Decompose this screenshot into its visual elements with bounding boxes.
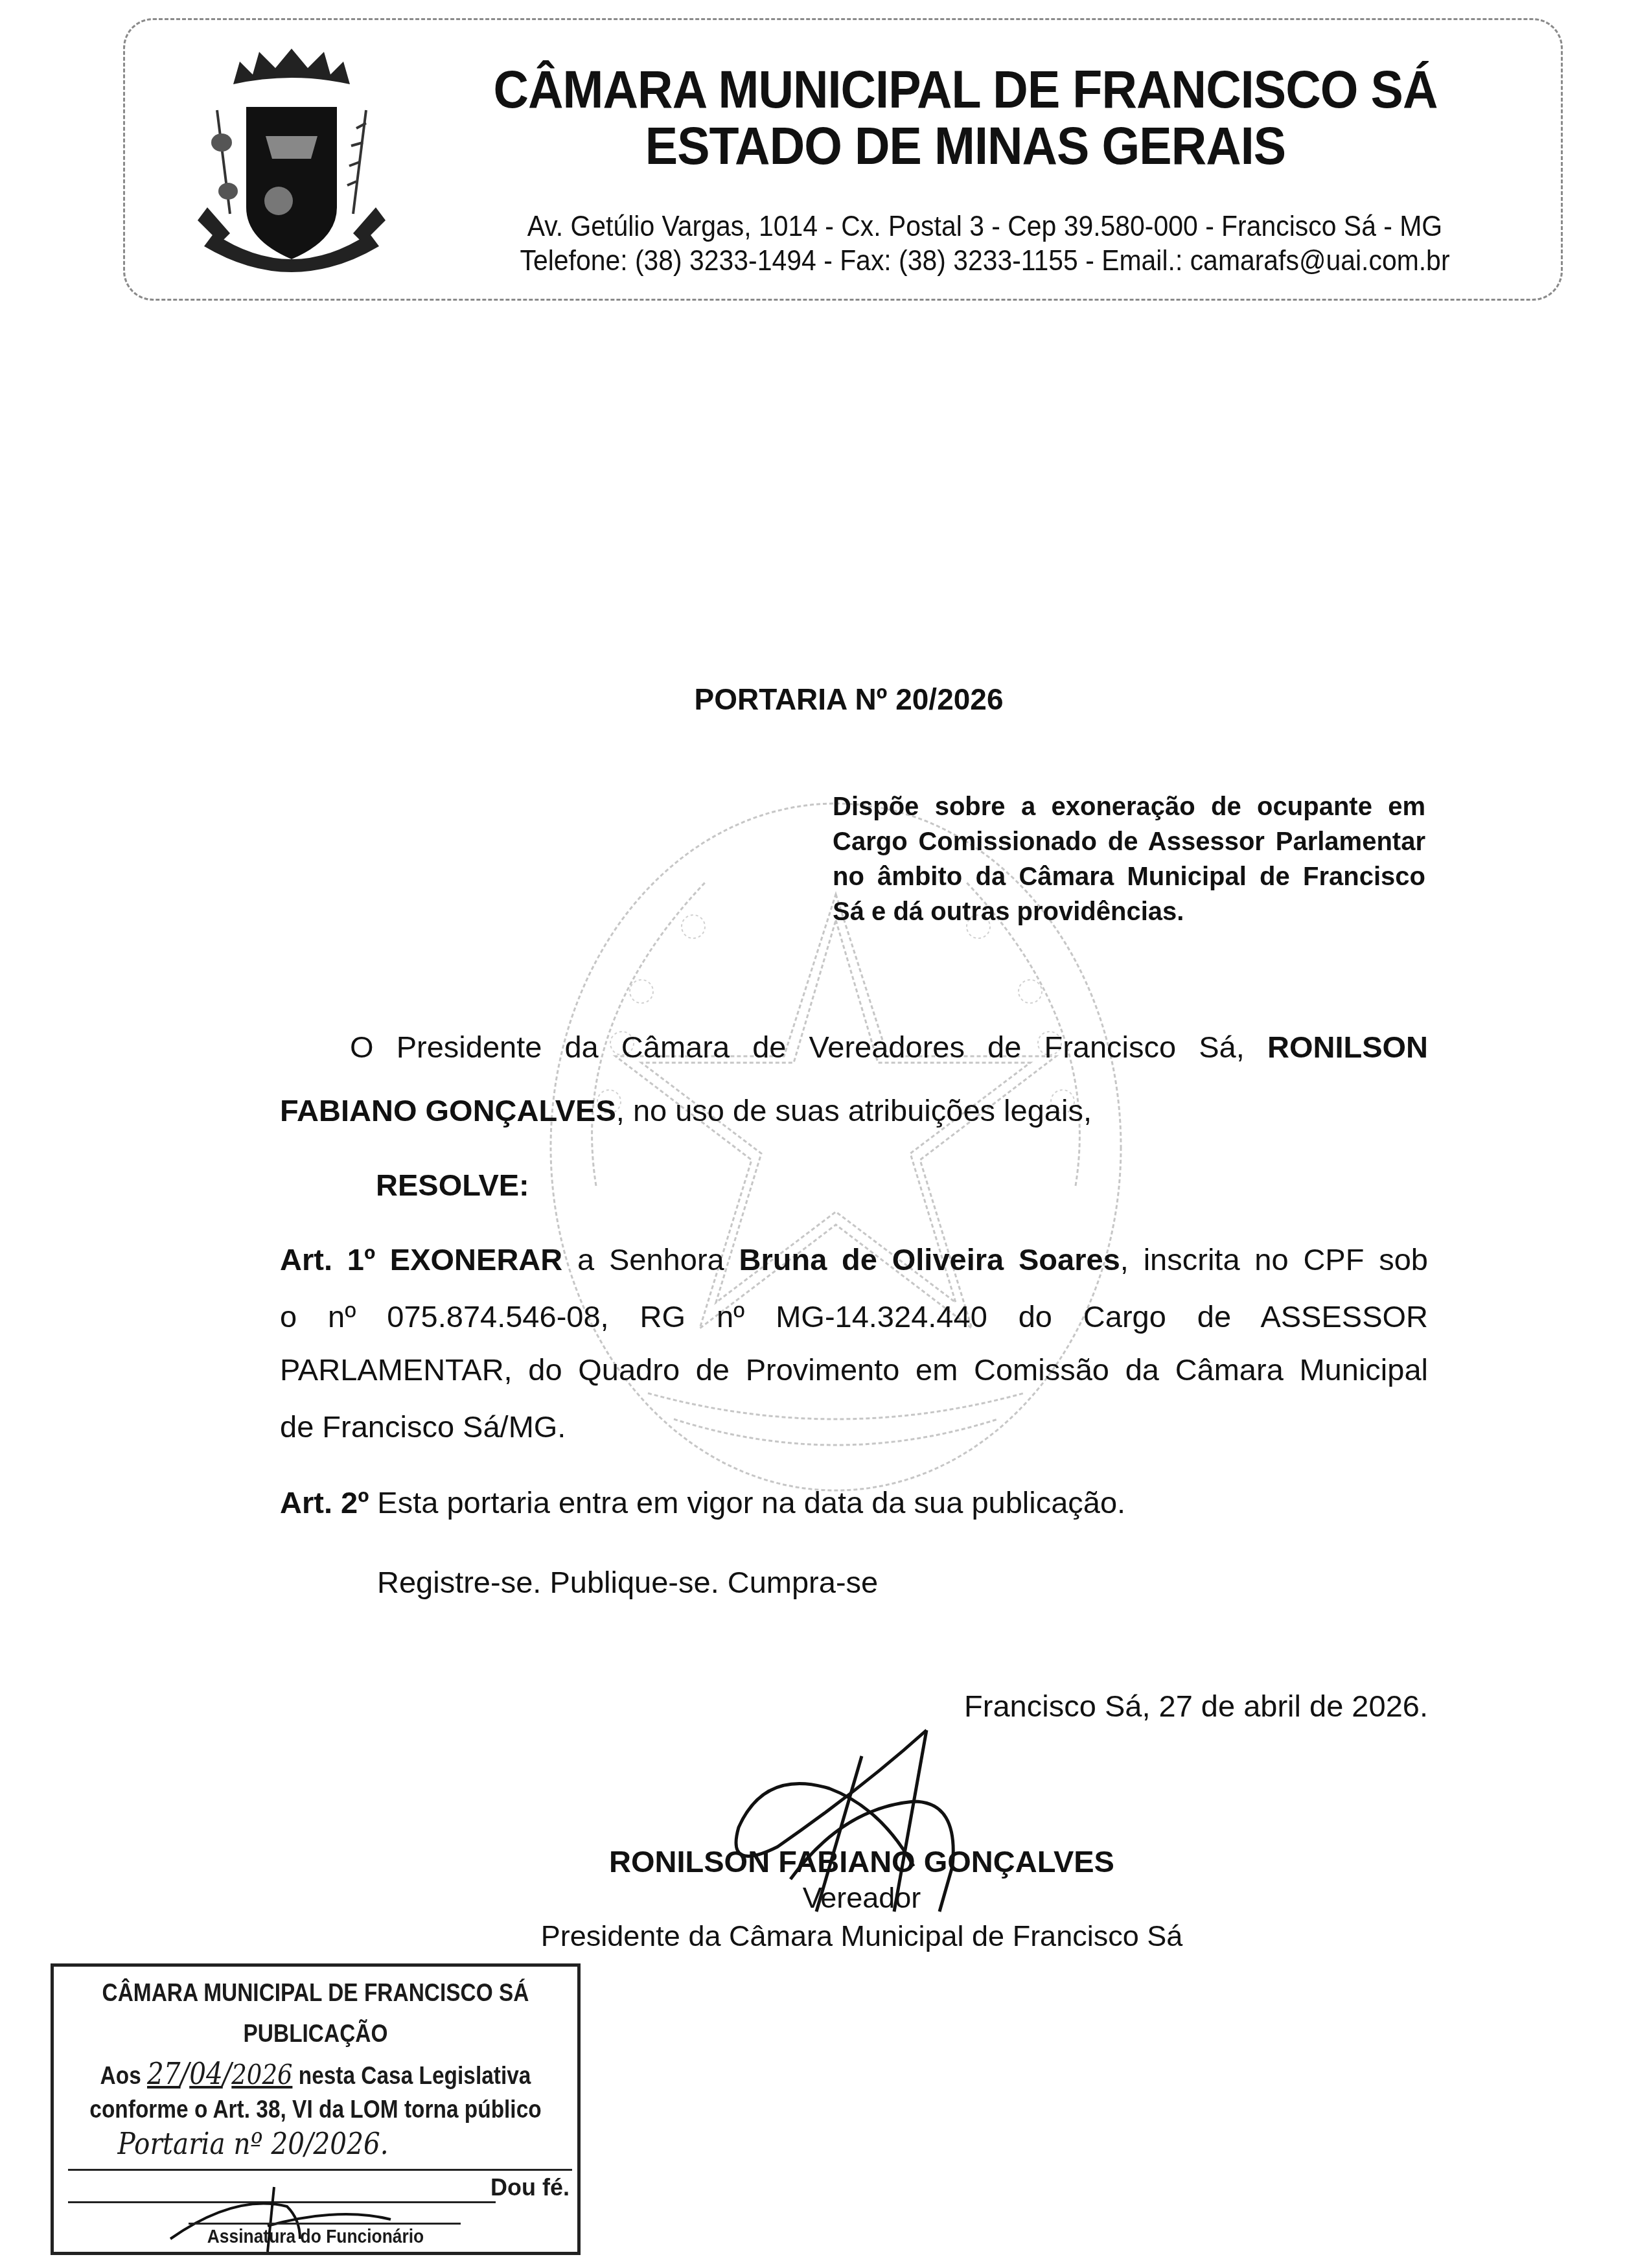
article-1-line-1: Art. 1º EXONERAR a Senhora Bruna de Oliv…	[280, 1244, 1428, 1275]
preamble-line-2: FABIANO GONÇALVES, no uso de suas atribu…	[280, 1095, 1428, 1126]
institution-name: CÂMARA MUNICIPAL DE FRANCISCO SÁ	[459, 64, 1472, 117]
stamp-dou-fe: Dou fé.	[490, 2174, 570, 2201]
document-title: PORTARIA Nº 20/2026	[583, 682, 1114, 717]
stamp-year: 2026	[231, 2059, 292, 2090]
contact-line: Telefone: (38) 3233-1494 - Fax: (38) 323…	[503, 247, 1467, 275]
signatory-name: RONILSON FABIANO GONÇALVES	[505, 1844, 1218, 1879]
resolve-label: RESOLVE:	[376, 1170, 1524, 1200]
article-2: Art. 2º Esta portaria entra em vigor na …	[280, 1487, 1428, 1518]
municipal-coat-of-arms-icon	[194, 45, 389, 279]
stamp-day: 27	[147, 2056, 181, 2091]
address-line: Av. Getúlio Vargas, 1014 - Cx. Postal 3 …	[503, 213, 1467, 241]
article-1-line-4: de Francisco Sá/MG.	[280, 1411, 1428, 1442]
publication-stamp: CÂMARA MUNICIPAL DE FRANCISCO SÁ PUBLICA…	[51, 1963, 581, 2255]
stamp-subheader: PUBLICAÇÃO	[85, 2022, 546, 2046]
stamp-month: 04	[189, 2056, 223, 2091]
ementa-summary: Dispõe sobre a exoneração de ocupante em…	[833, 789, 1425, 929]
president-name: RONILSON	[1267, 1030, 1428, 1064]
closing-formula: Registre-se. Publique-se. Cumpra-se	[377, 1567, 1525, 1597]
preamble-line-1: O Presidente da Câmara de Vereadores de …	[350, 1032, 1428, 1062]
exonerated-person-name: Bruna de Oliveira Soares	[739, 1242, 1120, 1277]
state-name: ESTADO DE MINAS GERAIS	[459, 120, 1472, 173]
stamp-legal-basis: conforme o Art. 38, VI da LOM torna públ…	[85, 2098, 546, 2122]
signatory-title: Presidente da Câmara Municipal de Franci…	[505, 1919, 1218, 1953]
signatory-role: Vereador	[505, 1881, 1218, 1915]
article-1-line-2: o nº 075.874.546-08, RG nº MG-14.324.440…	[280, 1301, 1428, 1332]
stamp-date-line: Aos 27/04/2026 nesta Casa Legislativa	[85, 2059, 546, 2089]
stamp-handwritten-document: Portaria nº 20/2026.	[117, 2129, 578, 2158]
stamp-header: CÂMARA MUNICIPAL DE FRANCISCO SÁ	[85, 1981, 546, 2006]
stamp-signature-label: Assinatura do Funcionário	[85, 2227, 546, 2247]
article-1-line-3: PARLAMENTAR, do Quadro de Provimento em …	[280, 1354, 1428, 1385]
